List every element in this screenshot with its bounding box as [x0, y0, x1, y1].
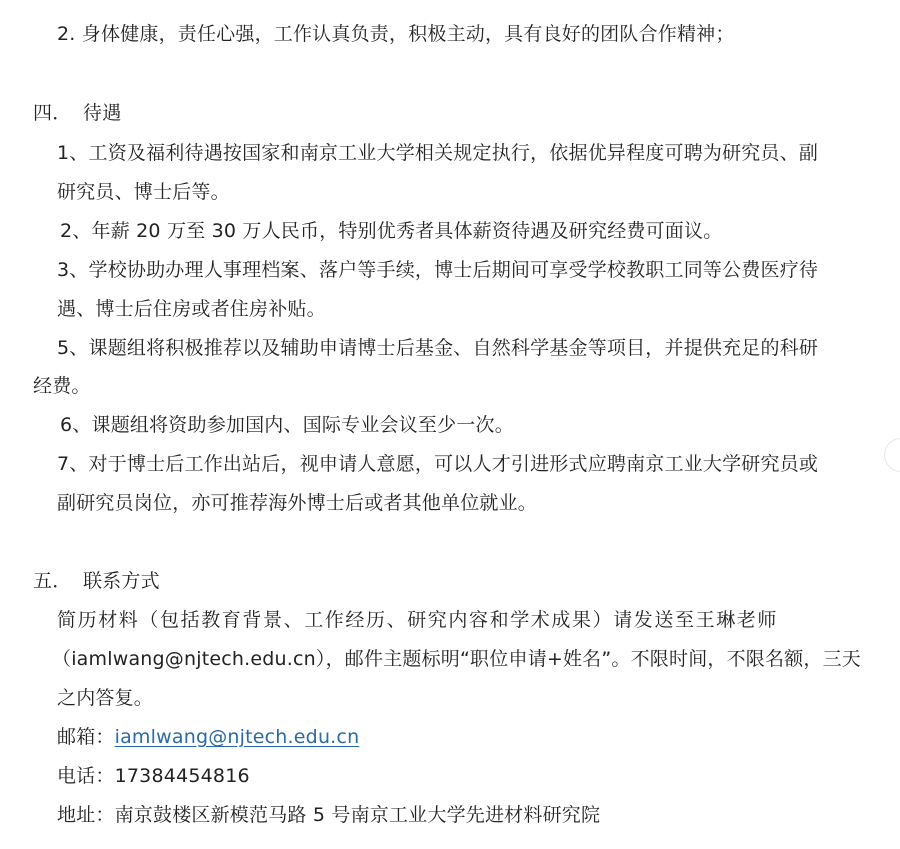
benefit-line: 3、学校协助办理人事理档案、落户等手续，博士后期间可享受学校教职工同等公费医疗待 [57, 258, 818, 282]
benefit-line: 1、工资及福利待遇按国家和南京工业大学相关规定执行，依据优异程度可聘为研究员、副 [57, 141, 818, 165]
email-row: 邮箱：iamlwang@njtech.edu.cn [57, 725, 359, 749]
phone-row: 电话：17384454816 [57, 764, 250, 788]
section-number: 四． [33, 101, 83, 125]
benefit-line: 经费。 [33, 374, 91, 398]
benefit-line: 副研究员岗位，亦可推荐海外博士后或者其他单位就业。 [57, 491, 537, 515]
benefit-line: 7、对于博士后工作出站后，视申请人意愿，可以人才引进形式应聘南京工业大学研究员或 [57, 452, 818, 476]
address-value: 南京鼓楼区新模范马路 5 号南京工业大学先进材料研究院 [115, 804, 601, 826]
contact-line: （iamlwang@njtech.edu.cn），邮件主题标明“职位申请+姓名”… [52, 647, 861, 671]
section-title: 联系方式 [83, 570, 160, 592]
address-label: 地址： [57, 804, 115, 826]
phone-label: 电话： [57, 765, 115, 787]
section-number: 五． [33, 569, 83, 593]
benefit-line: 5、课题组将积极推荐以及辅助申请博士后基金、自然科学基金等项目，并提供充足的科研 [57, 336, 818, 360]
benefit-line: 2、年薪 20 万至 30 万人民币，特别优秀者具体薪资待遇及研究经费可面议。 [60, 219, 722, 243]
contact-line: 简历材料（包括教育背景、工作经历、研究内容和学术成果）请发送至王琳老师 [57, 608, 778, 632]
circle-nav-button-icon[interactable] [884, 438, 900, 472]
address-row: 地址：南京鼓楼区新模范马路 5 号南京工业大学先进材料研究院 [57, 803, 600, 827]
phone-number: 17384454816 [115, 765, 250, 787]
benefit-line: 研究员、博士后等。 [57, 180, 230, 204]
section-heading-contact: 五．联系方式 [33, 569, 160, 593]
email-label: 邮箱： [57, 726, 115, 748]
email-link[interactable]: iamlwang@njtech.edu.cn [115, 726, 360, 748]
benefit-line: 6、课题组将资助参加国内、国际专业会议至少一次。 [60, 413, 514, 437]
section-heading-benefits: 四．待遇 [33, 101, 121, 125]
requirement-item-2: 2. 身体健康，责任心强，工作认真负责，积极主动，具有良好的团队合作精神； [57, 22, 735, 46]
benefit-line: 遇、博士后住房或者住房补贴。 [57, 297, 326, 321]
section-title: 待遇 [83, 102, 121, 124]
contact-line: 之内答复。 [57, 686, 153, 710]
